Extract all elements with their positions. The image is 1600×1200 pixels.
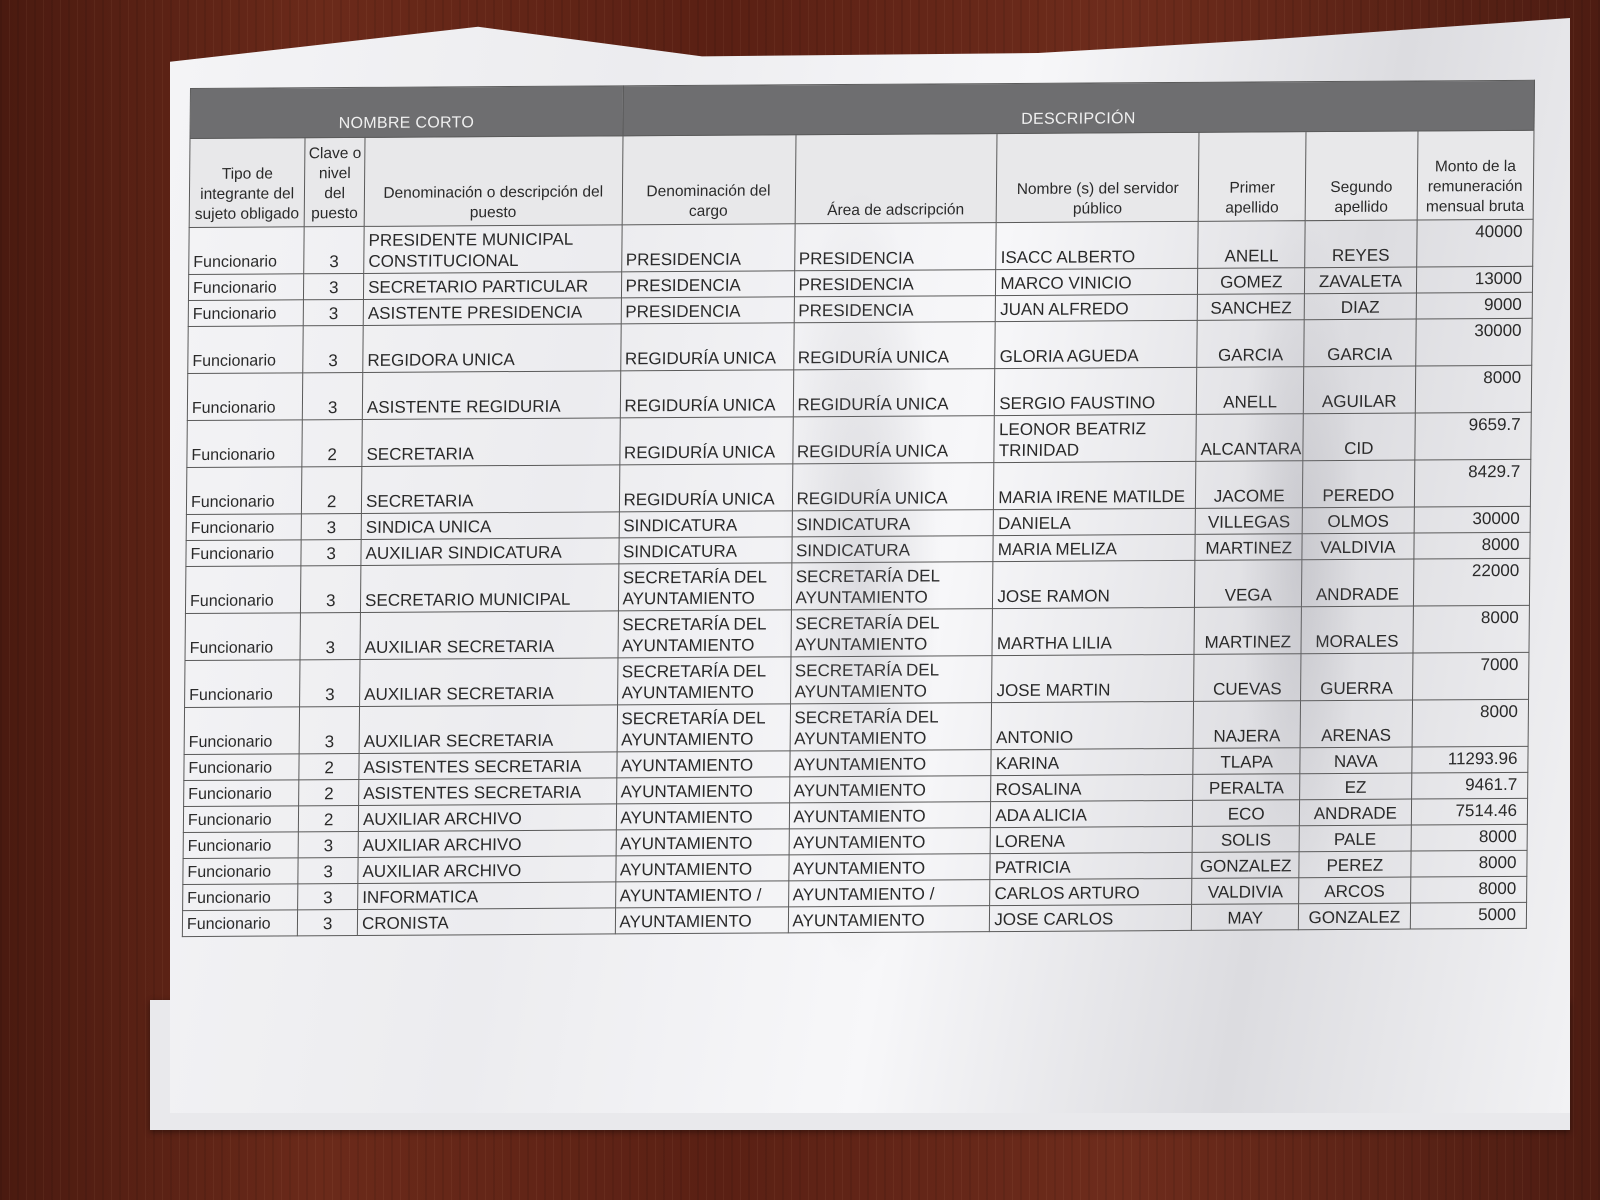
cell-apellido2: ZAVALETA bbox=[1305, 267, 1416, 294]
cell-clave: 3 bbox=[298, 909, 358, 935]
cell-apellido2: GONZALEZ bbox=[1299, 903, 1410, 930]
cell-nombre: JUAN ALFREDO bbox=[996, 294, 1198, 321]
cell-monto: 5000 bbox=[1410, 902, 1527, 929]
cell-area: SECRETARÍA DEL AYUNTAMIENTO bbox=[790, 656, 992, 704]
cell-cargo: SECRETARÍA DEL AYUNTAMIENTO bbox=[617, 657, 790, 705]
cell-tipo: Funcionario bbox=[183, 806, 299, 833]
cell-tipo: Funcionario bbox=[184, 780, 300, 807]
cell-cargo: AYUNTAMIENTO bbox=[616, 751, 789, 778]
cell-area: SINDICATURA bbox=[792, 510, 994, 537]
cell-apellido1: GOMEZ bbox=[1198, 268, 1305, 295]
col-header-clave: Clave o nivel del puesto bbox=[304, 137, 365, 226]
cell-nombre: JOSE MARTIN bbox=[992, 654, 1194, 702]
cell-monto: 7514.46 bbox=[1411, 798, 1528, 825]
cell-clave: 3 bbox=[298, 831, 358, 857]
cell-nombre: MARIA MELIZA bbox=[993, 534, 1195, 561]
cell-apellido1: SANCHEZ bbox=[1197, 294, 1304, 321]
cell-nombre: MARCO VINICIO bbox=[996, 268, 1198, 295]
cell-apellido2: PALE bbox=[1299, 825, 1410, 852]
cell-apellido1: ANELL bbox=[1198, 221, 1306, 269]
cell-tipo: Funcionario bbox=[189, 227, 305, 275]
cell-apellido1: JACOME bbox=[1196, 461, 1304, 509]
cell-monto: 30000 bbox=[1415, 318, 1532, 366]
table-row: Funcionario3PRESIDENTE MUNICIPAL CONSTIT… bbox=[189, 219, 1533, 274]
cell-clave: 3 bbox=[298, 883, 358, 909]
table-row: Funcionario3SECRETARIO MUNICIPALSECRETAR… bbox=[185, 558, 1529, 613]
table-row: Funcionario2SECRETARIAREGIDURÍA UNICAREG… bbox=[186, 459, 1530, 514]
cell-apellido2: MORALES bbox=[1301, 606, 1413, 654]
cell-nombre: MARIA IRENE MATILDE bbox=[994, 461, 1196, 509]
cell-apellido1: GARCIA bbox=[1197, 320, 1305, 368]
cell-cargo: SECRETARÍA DEL AYUNTAMIENTO bbox=[617, 704, 790, 752]
cell-apellido2: ARENAS bbox=[1300, 700, 1412, 748]
cell-clave: 3 bbox=[304, 273, 364, 299]
cell-monto: 9659.7 bbox=[1414, 412, 1531, 460]
cell-apellido2: ARCOS bbox=[1299, 877, 1410, 904]
cell-puesto: INFORMATICA bbox=[358, 882, 616, 910]
cell-clave: 3 bbox=[300, 612, 360, 659]
band-nombre-corto: NOMBRE CORTO bbox=[190, 86, 623, 139]
salary-table-container: NOMBRE CORTO DESCRIPCIÓN Tipo de integra… bbox=[182, 80, 1535, 937]
cell-cargo: AYUNTAMIENTO bbox=[615, 907, 788, 934]
col-header-puesto: Denominación o descripción del puesto bbox=[364, 136, 622, 227]
table-row: Funcionario3ASISTENTE REGIDURIAREGIDURÍA… bbox=[187, 365, 1531, 420]
cell-tipo: Funcionario bbox=[187, 373, 303, 421]
cell-puesto: ASISTENTES SECRETARIA bbox=[359, 752, 617, 780]
cell-apellido1: MAY bbox=[1192, 904, 1299, 931]
cell-puesto: AUXILIAR ARCHIVO bbox=[358, 830, 616, 858]
cell-apellido1: GONZALEZ bbox=[1192, 852, 1299, 879]
cell-area: AYUNTAMIENTO bbox=[789, 750, 991, 777]
cell-cargo: SECRETARÍA DEL AYUNTAMIENTO bbox=[618, 563, 791, 611]
cell-monto: 40000 bbox=[1416, 219, 1533, 267]
cell-nombre: ANTONIO bbox=[991, 701, 1193, 749]
cell-cargo: REGIDURÍA UNICA bbox=[619, 464, 792, 512]
cell-clave: 2 bbox=[299, 805, 359, 831]
cell-area: PRESIDENCIA bbox=[794, 223, 996, 271]
cell-cargo: AYUNTAMIENTO bbox=[616, 829, 789, 856]
table-row: Funcionario3AUXILIAR SECRETARIASECRETARÍ… bbox=[185, 652, 1529, 707]
cell-clave: 3 bbox=[299, 706, 359, 753]
cell-clave: 3 bbox=[304, 226, 364, 273]
cell-apellido1: VEGA bbox=[1195, 560, 1303, 608]
cell-tipo: Funcionario bbox=[183, 884, 299, 911]
cell-tipo: Funcionario bbox=[188, 274, 304, 301]
cell-clave: 3 bbox=[301, 565, 361, 612]
cell-cargo: AYUNTAMIENTO bbox=[615, 855, 788, 882]
cell-tipo: Funcionario bbox=[188, 300, 304, 327]
cell-cargo: PRESIDENCIA bbox=[621, 271, 794, 298]
cell-area: PRESIDENCIA bbox=[794, 270, 996, 297]
cell-nombre: LEONOR BEATRIZ TRINIDAD bbox=[994, 414, 1196, 462]
cell-apellido2: GARCIA bbox=[1304, 319, 1416, 367]
col-header-cargo: Denominación del cargo bbox=[622, 135, 796, 225]
cell-apellido2: ANDRADE bbox=[1300, 799, 1411, 826]
cell-apellido2: REYES bbox=[1305, 220, 1417, 268]
cell-area: SINDICATURA bbox=[791, 536, 993, 563]
cell-puesto: SECRETARIO MUNICIPAL bbox=[360, 564, 618, 613]
cell-apellido1: MARTINEZ bbox=[1195, 534, 1302, 561]
header-band-row: NOMBRE CORTO DESCRIPCIÓN bbox=[190, 80, 1534, 138]
cell-apellido1: SOLIS bbox=[1192, 826, 1299, 853]
cell-area: PRESIDENCIA bbox=[794, 296, 996, 323]
cell-monto: 11293.96 bbox=[1411, 746, 1528, 773]
cell-tipo: Funcionario bbox=[187, 420, 303, 468]
cell-puesto: AUXILIAR ARCHIVO bbox=[358, 804, 616, 832]
cell-area: REGIDURÍA UNICA bbox=[792, 416, 994, 464]
cell-puesto: AUXILIAR SINDICATURA bbox=[361, 538, 619, 566]
salary-table: NOMBRE CORTO DESCRIPCIÓN Tipo de integra… bbox=[182, 80, 1535, 937]
col-header-apellido1: Primer apellido bbox=[1198, 132, 1306, 222]
cell-clave: 2 bbox=[299, 779, 359, 805]
col-header-monto: Monto de la remuneración mensual bruta bbox=[1417, 130, 1534, 220]
cell-apellido2: PEREDO bbox=[1303, 460, 1415, 508]
cell-monto: 30000 bbox=[1414, 506, 1531, 533]
cell-tipo: Funcionario bbox=[183, 858, 299, 885]
cell-apellido2: CID bbox=[1303, 413, 1415, 461]
cell-clave: 2 bbox=[299, 753, 359, 779]
cell-cargo: PRESIDENCIA bbox=[621, 297, 794, 324]
col-header-apellido2: Segundo apellido bbox=[1305, 131, 1417, 221]
cell-area: AYUNTAMIENTO bbox=[789, 828, 991, 855]
cell-puesto: AUXILIAR SECRETARIA bbox=[360, 658, 618, 707]
cell-monto: 8000 bbox=[1412, 605, 1529, 653]
cell-monto: 9461.7 bbox=[1411, 772, 1528, 799]
cell-apellido2: VALDIVIA bbox=[1302, 533, 1413, 560]
cell-area: SECRETARÍA DEL AYUNTAMIENTO bbox=[790, 609, 992, 657]
cell-clave: 2 bbox=[302, 419, 362, 466]
cell-clave: 2 bbox=[302, 466, 362, 513]
cell-puesto: ASISTENTE PRESIDENCIA bbox=[363, 298, 621, 326]
cell-cargo: REGIDURÍA UNICA bbox=[619, 417, 792, 465]
cell-apellido1: CUEVAS bbox=[1194, 654, 1302, 702]
cell-nombre: JOSE RAMON bbox=[993, 560, 1195, 608]
cell-puesto: SECRETARIA bbox=[361, 465, 619, 514]
col-header-nombre: Nombre (s) del servidor público bbox=[996, 132, 1199, 222]
cell-tipo: Funcionario bbox=[184, 707, 300, 755]
cell-area: SECRETARÍA DEL AYUNTAMIENTO bbox=[791, 562, 993, 610]
col-header-tipo: Tipo de integrante del sujeto obligado bbox=[189, 138, 305, 228]
cell-tipo: Funcionario bbox=[186, 467, 302, 515]
cell-tipo: Funcionario bbox=[182, 910, 298, 937]
cell-apellido1: TLAPA bbox=[1193, 748, 1300, 775]
cell-clave: 3 bbox=[298, 857, 358, 883]
cell-nombre: JOSE CARLOS bbox=[990, 904, 1192, 931]
cell-monto: 7000 bbox=[1412, 652, 1529, 700]
cell-tipo: Funcionario bbox=[185, 660, 301, 708]
cell-tipo: Funcionario bbox=[186, 540, 302, 567]
cell-puesto: SINDICA UNICA bbox=[361, 512, 619, 540]
cell-apellido2: PEREZ bbox=[1299, 851, 1410, 878]
cell-nombre: GLORIA AGUEDA bbox=[995, 320, 1197, 368]
cell-clave: 3 bbox=[303, 372, 363, 419]
cell-apellido1: MARTINEZ bbox=[1194, 607, 1302, 655]
cell-apellido2: NAVA bbox=[1300, 747, 1411, 774]
table-row: Funcionario3AUXILIAR SECRETARIASECRETARÍ… bbox=[184, 699, 1528, 754]
cell-puesto: AUXILIAR ARCHIVO bbox=[358, 856, 616, 884]
cell-monto: 8000 bbox=[1415, 365, 1532, 413]
cell-area: AYUNTAMIENTO bbox=[789, 776, 991, 803]
cell-apellido2: EZ bbox=[1300, 773, 1411, 800]
cell-apellido1: ANELL bbox=[1196, 367, 1304, 415]
table-row: Funcionario3REGIDORA UNICAREGIDURÍA UNIC… bbox=[188, 318, 1532, 373]
cell-area: SECRETARÍA DEL AYUNTAMIENTO bbox=[790, 703, 992, 751]
cell-apellido1: VALDIVIA bbox=[1192, 878, 1299, 905]
cell-puesto: AUXILIAR SECRETARIA bbox=[359, 705, 617, 754]
cell-apellido2: AGUILAR bbox=[1304, 366, 1416, 414]
cell-puesto: ASISTENTE REGIDURIA bbox=[362, 371, 620, 420]
cell-tipo: Funcionario bbox=[184, 754, 300, 781]
cell-puesto: CRONISTA bbox=[357, 908, 615, 936]
cell-cargo: SINDICATURA bbox=[619, 511, 792, 538]
cell-cargo: AYUNTAMIENTO bbox=[616, 777, 789, 804]
cell-clave: 3 bbox=[303, 325, 363, 372]
cell-apellido1: ECO bbox=[1193, 800, 1300, 827]
cell-tipo: Funcionario bbox=[185, 566, 301, 614]
cell-area: AYUNTAMIENTO bbox=[788, 906, 990, 933]
cell-nombre: LORENA bbox=[990, 826, 1192, 853]
cell-cargo: SECRETARÍA DEL AYUNTAMIENTO bbox=[617, 610, 790, 658]
cell-nombre: ISACC ALBERTO bbox=[996, 221, 1198, 269]
cell-nombre: CARLOS ARTURO bbox=[990, 878, 1192, 905]
table-row: Funcionario3AUXILIAR SECRETARIASECRETARÍ… bbox=[185, 605, 1529, 660]
cell-monto: 8429.7 bbox=[1414, 459, 1531, 507]
cell-area: REGIDURÍA UNICA bbox=[793, 322, 995, 370]
cell-nombre: KARINA bbox=[991, 748, 1193, 775]
cell-monto: 13000 bbox=[1416, 266, 1533, 293]
cell-monto: 8000 bbox=[1410, 876, 1527, 903]
cell-puesto: SECRETARIA bbox=[362, 418, 620, 467]
cell-cargo: AYUNTAMIENTO / bbox=[615, 881, 788, 908]
cell-clave: 3 bbox=[301, 513, 361, 539]
cell-area: REGIDURÍA UNICA bbox=[793, 369, 995, 417]
cell-nombre: DANIELA bbox=[993, 508, 1195, 535]
cell-area: AYUNTAMIENTO bbox=[788, 854, 990, 881]
cell-area: AYUNTAMIENTO bbox=[789, 802, 991, 829]
cell-cargo: AYUNTAMIENTO bbox=[616, 803, 789, 830]
cell-puesto: PRESIDENTE MUNICIPAL CONSTITUCIONAL bbox=[364, 225, 622, 274]
cell-tipo: Funcionario bbox=[183, 832, 299, 859]
column-header-row: Tipo de integrante del sujeto obligado C… bbox=[189, 130, 1534, 227]
cell-nombre: PATRICIA bbox=[990, 852, 1192, 879]
cell-monto: 22000 bbox=[1413, 558, 1530, 606]
cell-cargo: REGIDURÍA UNICA bbox=[620, 323, 793, 371]
cell-monto: 8000 bbox=[1411, 824, 1528, 851]
cell-monto: 8000 bbox=[1413, 532, 1530, 559]
cell-tipo: Funcionario bbox=[188, 326, 304, 374]
cell-apellido2: DIAZ bbox=[1304, 293, 1415, 320]
cell-area: AYUNTAMIENTO / bbox=[788, 880, 990, 907]
cell-monto: 8000 bbox=[1410, 850, 1527, 877]
cell-apellido1: PERALTA bbox=[1193, 774, 1300, 801]
cell-clave: 3 bbox=[300, 659, 360, 706]
cell-puesto: SECRETARIO PARTICULAR bbox=[364, 272, 622, 300]
cell-cargo: REGIDURÍA UNICA bbox=[620, 370, 793, 418]
col-header-area: Área de adscripción bbox=[795, 134, 998, 224]
cell-clave: 3 bbox=[304, 299, 364, 325]
cell-puesto: AUXILIAR SECRETARIA bbox=[360, 611, 618, 660]
cell-monto: 9000 bbox=[1416, 292, 1533, 319]
cell-apellido1: NAJERA bbox=[1193, 701, 1301, 749]
cell-nombre: MARTHA LILIA bbox=[992, 607, 1194, 655]
cell-tipo: Funcionario bbox=[185, 613, 301, 661]
cell-cargo: SINDICATURA bbox=[618, 537, 791, 564]
cell-nombre: ROSALINA bbox=[991, 774, 1193, 801]
cell-puesto: ASISTENTES SECRETARIA bbox=[359, 778, 617, 806]
cell-clave: 3 bbox=[301, 539, 361, 565]
cell-apellido2: ANDRADE bbox=[1302, 559, 1414, 607]
cell-tipo: Funcionario bbox=[186, 514, 302, 541]
cell-nombre: SERGIO FAUSTINO bbox=[995, 367, 1197, 415]
cell-monto: 8000 bbox=[1412, 699, 1529, 747]
cell-apellido1: ALCANTARA bbox=[1196, 414, 1304, 462]
cell-cargo: PRESIDENCIA bbox=[621, 224, 794, 272]
cell-apellido2: OLMOS bbox=[1302, 507, 1413, 534]
cell-puesto: REGIDORA UNICA bbox=[363, 324, 621, 373]
band-descripcion: DESCRIPCIÓN bbox=[623, 80, 1535, 136]
table-body: Funcionario3PRESIDENTE MUNICIPAL CONSTIT… bbox=[182, 219, 1533, 936]
table-row: Funcionario2SECRETARIAREGIDURÍA UNICAREG… bbox=[187, 412, 1531, 467]
cell-apellido2: GUERRA bbox=[1301, 653, 1413, 701]
cell-apellido1: VILLEGAS bbox=[1195, 508, 1302, 535]
cell-nombre: ADA ALICIA bbox=[991, 800, 1193, 827]
cell-area: REGIDURÍA UNICA bbox=[792, 463, 994, 511]
